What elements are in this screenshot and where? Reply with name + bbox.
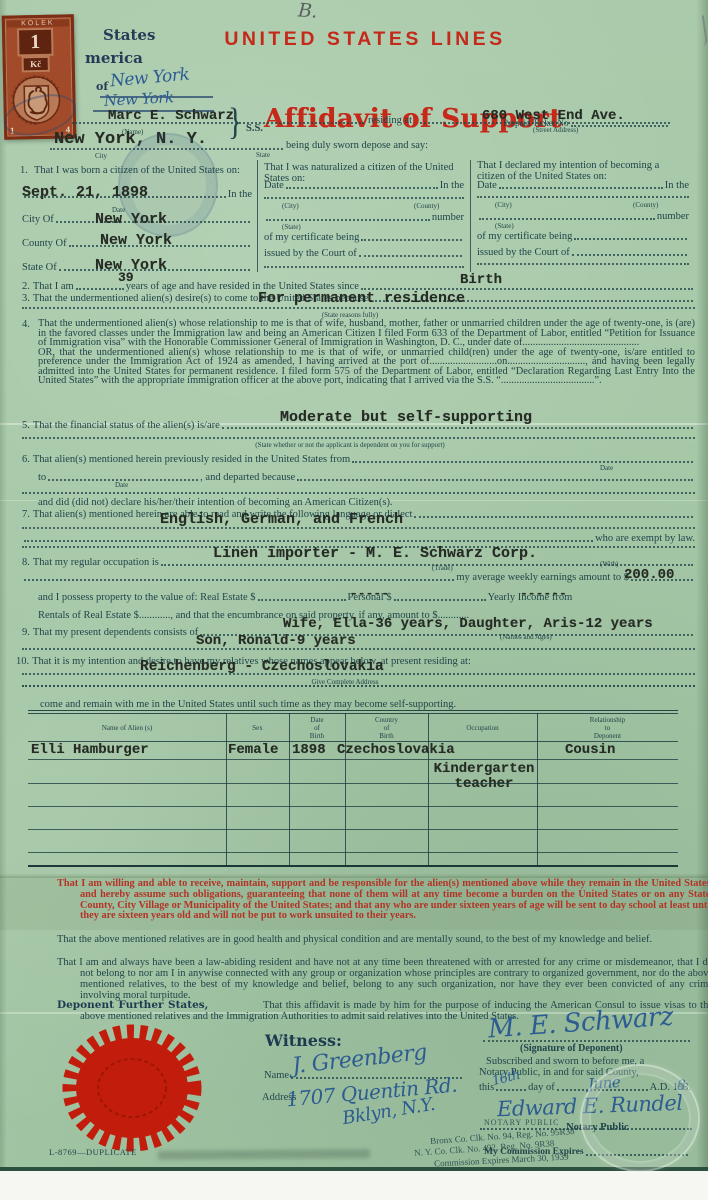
item10-continuation: come and remain with me in the United St… — [40, 699, 456, 710]
table-header-country: Country of Birth — [345, 716, 428, 740]
item6-row1: 6. That alien(s) mentioned herein previo… — [22, 454, 695, 465]
item3-value: For permanent residence — [258, 290, 465, 307]
dotted-line — [264, 197, 464, 199]
handwritten-state: New York — [109, 65, 190, 92]
dotted-line — [22, 437, 695, 439]
county-caption: (County) — [414, 202, 439, 210]
item5-lead: That the financial status of the alien(s… — [33, 420, 220, 431]
dayof-label: day of — [528, 1082, 555, 1093]
table-row-line — [28, 759, 678, 760]
item6-lead: That alien(s) mentioned herein previousl… — [33, 454, 350, 465]
letterhead-fragment-america: merica — [85, 49, 143, 67]
table-cell-name: Elli Hamburger — [31, 742, 149, 758]
realestate-value: ----- — [350, 586, 389, 601]
in-the-label: In the — [228, 189, 252, 200]
court-label: issued by the Court of — [264, 248, 357, 259]
table-top-border — [28, 713, 678, 714]
nat-number-row: number — [264, 212, 464, 223]
item8-lead: That my regular occupation is — [33, 557, 159, 568]
item-number: 2. — [22, 281, 30, 292]
dotted-line — [352, 461, 693, 463]
earnings-label: my average weekly earnings amount to $ — [456, 572, 629, 583]
item-number: 7. — [22, 509, 30, 520]
departed-label: , and departed because — [200, 472, 295, 483]
item8-row1: 8. That my regular occupation is — [22, 557, 695, 568]
item8-earnings-row: my average weekly earnings amount to $ — [22, 572, 695, 583]
dotted-line — [394, 597, 486, 601]
signature-caption: (Signature of Deponent) — [520, 1043, 623, 1054]
names-ages-caption: (Names and Ages) — [500, 633, 552, 641]
court-label: issued by the Court of — [477, 247, 570, 258]
item-number: 6. — [22, 454, 30, 465]
table-cell-relationship: Cousin — [565, 742, 615, 758]
table-cell-dob: 1898 — [292, 742, 326, 758]
table-cell-country: Czechoslovakia — [337, 742, 455, 758]
dotted-line — [258, 597, 346, 601]
dotted-line — [264, 266, 464, 268]
personal-value: ------ — [520, 586, 567, 601]
red-seal — [52, 1022, 212, 1154]
state-of-label: State Of — [22, 262, 57, 273]
date-caption: Date — [115, 481, 128, 489]
nat-court-row: issued by the Court of — [264, 248, 464, 259]
dotted-line — [574, 238, 687, 240]
stamp-currency: Kč — [24, 58, 48, 70]
city-caption: (City) — [495, 201, 512, 209]
form-code: L-8769—DUPLICATE — [49, 1147, 137, 1158]
table-row-line — [28, 783, 678, 784]
deponent-name-value: Marc E. Schwarz — [108, 108, 234, 124]
dotted-line — [24, 579, 454, 581]
item-number: 4. — [22, 319, 30, 330]
revenue-stamp: KOLEK 1 Kč REPUBLIKA ČESKOSLOVENSKÁ 1 4 — [2, 14, 77, 139]
dotted-line — [22, 673, 695, 675]
notary-public-caps: NOTARY PUBLIC — [484, 1117, 559, 1128]
dependents-value-2: Son, Ronald-9 years — [196, 633, 356, 649]
table-row-line — [28, 806, 678, 807]
item2-pre: That I am — [33, 281, 74, 292]
city-of-value: New York — [95, 211, 167, 228]
company-name: UNITED STATES LINES — [220, 28, 510, 51]
state-caption: (State) — [495, 222, 514, 230]
item4-part2: OR, that the undermentioned alien(s) who… — [38, 348, 695, 386]
item-number: 10. — [16, 656, 29, 667]
state-caption: State — [256, 151, 270, 159]
ss-label: S.S. — [246, 123, 263, 134]
property-lead: and I possess property to the value of: … — [38, 592, 256, 603]
in-the-label: In the — [440, 180, 464, 191]
in-the-label: In the — [665, 180, 689, 191]
street-address-value: 680 West End Ave. — [482, 108, 625, 124]
born-date-row: In the — [22, 189, 252, 200]
letterhead-fragment-states: States — [103, 26, 155, 44]
dotted-line — [572, 254, 687, 256]
item-number: 5. — [22, 420, 30, 431]
dotted-line — [266, 219, 430, 221]
city-caption: City — [95, 152, 107, 160]
residing-label: residing at — [368, 115, 412, 126]
dotted-line — [414, 516, 693, 518]
dotted-line — [297, 479, 693, 481]
date-caption: Date — [600, 464, 613, 472]
scanned-affidavit-document: B. States merica of New York New York UN… — [0, 0, 708, 1200]
date-label: Date — [264, 180, 284, 191]
dec-date-row: DateIn the — [477, 180, 689, 191]
item9-row: 9. That my present dependents consists o… — [22, 627, 695, 638]
dotted-line — [477, 196, 689, 198]
item7-exempt-row: who are exempt by law. — [22, 533, 695, 544]
paper-edge-shade — [0, 0, 7, 1167]
dotted-line — [361, 239, 462, 241]
table-header-occupation: Occupation — [428, 724, 537, 732]
stamp-banner: KOLEK — [7, 19, 69, 27]
item5-value: Moderate but self-supporting — [280, 409, 532, 426]
handwritten-county: New York — [104, 88, 174, 110]
dense-dotted-line — [22, 685, 695, 687]
dotted-line — [571, 125, 668, 127]
dotted-line — [479, 218, 655, 220]
item9-lead: That my present dependents consists of — [33, 627, 198, 638]
table-bottom-border — [28, 865, 678, 867]
dotted-line — [477, 263, 689, 265]
exempt-label: who are exempt by law. — [595, 533, 695, 544]
item6-declare-line: and did (did not) declare his/her/their … — [38, 497, 393, 508]
table-row-line — [28, 829, 678, 830]
to-label: to — [38, 472, 46, 483]
certificate-label: of my certificate being — [264, 232, 359, 243]
column-divider — [470, 160, 471, 272]
state-caption: (State) — [282, 223, 301, 231]
nat-date-row: DateIn the — [264, 180, 464, 191]
pencil-note: B. — [297, 0, 318, 23]
document-paper: B. States merica of New York New York UN… — [0, 0, 708, 1171]
dotted-line — [359, 255, 462, 257]
since-value: Birth — [460, 272, 502, 288]
table-header-sex: Sex — [226, 724, 289, 732]
item7-value: English, German, and French — [160, 511, 403, 528]
stamp-value: 1 — [19, 30, 51, 55]
item4-block: 4. That the undermentioned alien(s) whos… — [22, 319, 695, 386]
table-cell-sex: Female — [228, 742, 278, 758]
deponent-further-label: Deponent Further States, — [57, 999, 208, 1011]
certificate-label: of my certificate being — [477, 231, 572, 242]
trade-caption: (Trade) — [432, 564, 453, 572]
law-abiding-paragraph: That I am and always have been a law-abi… — [57, 957, 708, 1001]
dotted-line — [483, 1040, 690, 1042]
city-caption: (City) — [282, 202, 299, 210]
county-of-label: County Of — [22, 238, 67, 249]
dotted-line — [22, 492, 695, 494]
dec-number-row: number — [477, 211, 689, 222]
number-label: number — [657, 211, 689, 222]
item4-part1: That the undermentioned alien(s) whose r… — [38, 319, 695, 348]
table-row-line — [28, 852, 678, 853]
embossed-seal — [580, 1064, 700, 1172]
dotted-line — [24, 540, 593, 542]
item5-caption: (State whether or not the applicant is d… — [150, 441, 550, 449]
dotted-line — [76, 286, 124, 290]
street-address-caption: (Street Address) — [533, 126, 578, 134]
dec-court-row: issued by the Court of — [477, 247, 689, 258]
name-label: Name — [264, 1070, 289, 1081]
item-number: 8. — [22, 557, 30, 568]
dotted-line — [496, 1087, 526, 1091]
occupation-note: Kindergarten teacher — [428, 762, 540, 792]
item6-row2: to , and departed because — [38, 472, 695, 483]
age-value: 39 — [118, 270, 134, 285]
number-label: number — [432, 212, 464, 223]
dotted-line — [22, 307, 695, 309]
item-number: 3. — [22, 293, 30, 304]
witness-label: Witness: — [265, 1031, 342, 1050]
county-caption: (County) — [633, 201, 658, 209]
dec-cert-row: of my certificate being — [477, 231, 689, 242]
earnings-value: 200.00 — [624, 567, 674, 583]
item1-declared-lead: That I declared my intention of becoming… — [477, 160, 689, 182]
item1-born-lead: That I was born a citizen of the United … — [34, 165, 252, 176]
dotted-line — [22, 527, 695, 529]
table-column-line — [226, 713, 227, 866]
date-label: Date — [477, 180, 497, 191]
table-header-name: Name of Alien (s) — [28, 724, 226, 732]
county-of-value: New York — [100, 232, 172, 249]
dotted-line — [22, 648, 695, 650]
dotted-line — [24, 196, 226, 198]
column-divider — [257, 160, 258, 272]
health-paragraph: That the above mentioned relatives are i… — [57, 934, 708, 945]
pledge-paragraph: That I am willing and able to receive, m… — [57, 879, 708, 922]
item-number: 9. — [22, 627, 30, 638]
dotted-line — [222, 427, 693, 429]
table-header-dob: Date of Birth — [289, 716, 345, 740]
item1-number: 1. — [20, 165, 28, 176]
dotted-line — [286, 187, 438, 189]
nat-cert-row: of my certificate being — [264, 232, 464, 243]
dotted-line — [499, 187, 663, 189]
table-header-relationship: Relationship to Deponent — [537, 716, 678, 740]
with-caption: (With) — [600, 560, 618, 568]
table-top-border — [28, 710, 678, 711]
notary-text-1: Subscribed and sworn to before me, a — [486, 1056, 644, 1067]
faint-stamp-smudge — [158, 1149, 370, 1160]
sworn-label: being duly sworn depose and say: — [286, 140, 428, 151]
city-of-label: City Of — [22, 214, 54, 225]
